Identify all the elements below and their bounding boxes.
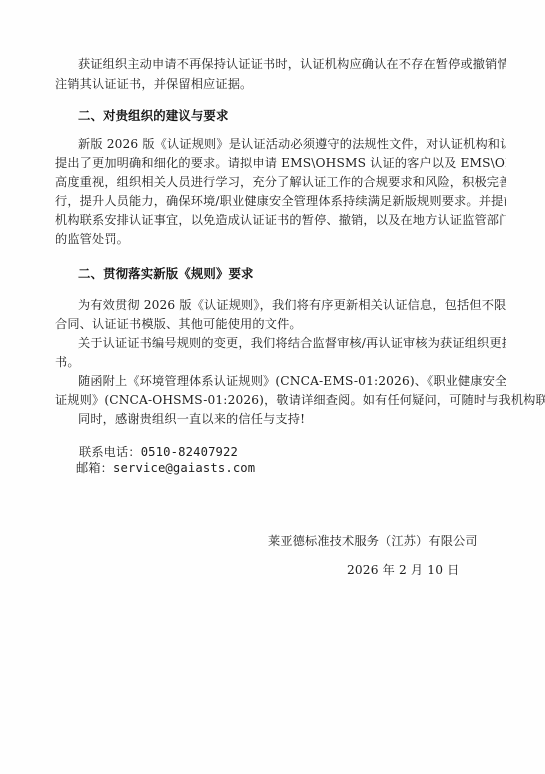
phone-number: 0510-82407922 xyxy=(141,445,238,459)
paragraph-line: 行，提升人员能力，确保环境/职业健康安全管理体系持续满足新版规则要求。并提前与认… xyxy=(55,193,506,209)
paragraph-line: 关于认证证书编号规则的变更，我们将结合监督审核/再认证审核为获证组织更换认证证 xyxy=(78,335,506,351)
paragraph-line: 同时，感谢贵组织一直以来的信任与支持! xyxy=(78,411,305,427)
email-label: 邮箱： xyxy=(76,461,113,475)
section-heading-recommendations: 二、对贵组织的建议与要求 xyxy=(78,108,229,124)
paragraph-line: 获证组织主动申请不再保持认证证书时，认证机构应确认在不存在暂停或撤销情形后， xyxy=(78,56,506,72)
paragraph-line: 为有效贯彻 2026 版《认证规则》，我们将有序更新相关认证信息，包括但不限于:… xyxy=(78,297,506,313)
paragraph-line: 高度重视，组织相关人员进行学习，充分了解认证工作的合规要求和风险，积极完善体系运 xyxy=(55,174,506,190)
paragraph-line: 证规则》(CNCA-OHSMS-01:2026)，敬请详细查阅。如有任何疑问，可… xyxy=(55,392,545,408)
section-heading-implement-rules: 二、贯彻落实新版《规则》要求 xyxy=(78,266,254,282)
phone-label: 联系电话： xyxy=(79,445,141,459)
paragraph-line: 新版 2026 版《认证规则》是认证活动必须遵守的法规性文件，对认证机构和认证客… xyxy=(78,136,506,152)
signature-date: 2026 年 2 月 10 日 xyxy=(347,562,459,578)
paragraph-line: 的监管处罚。 xyxy=(55,231,129,247)
document-page: 获证组织主动申请不再保持认证证书时，认证机构应确认在不存在暂停或撤销情形后， 注… xyxy=(0,0,545,774)
signature-company: 莱亚德标准技术服务（江苏）有限公司 xyxy=(268,533,478,549)
contact-phone: 联系电话：0510-82407922 xyxy=(79,444,238,460)
paragraph-line: 注销其认证证书，并保留相应证据。 xyxy=(55,76,252,92)
paragraph-line: 机构联系安排认证事宜，以免造成认证证书的暂停、撤销，以及在地方认证监管部门中产生 xyxy=(55,212,506,228)
paragraph-line: 书。 xyxy=(55,354,80,370)
paragraph-line: 提出了更加明确和细化的要求。请拟申请 EMS\OHSMS 认证的客户以及 EMS… xyxy=(55,155,506,171)
contact-email: 邮箱：service@gaiasts.com xyxy=(76,460,255,476)
paragraph-line: 随函附上《环境管理体系认证规则》(CNCA-EMS-01:2026)、《职业健康… xyxy=(78,373,506,389)
paragraph-line: 合同、认证证书模版、其他可能使用的文件。 xyxy=(55,316,302,332)
email-address: service@gaiasts.com xyxy=(113,461,255,475)
